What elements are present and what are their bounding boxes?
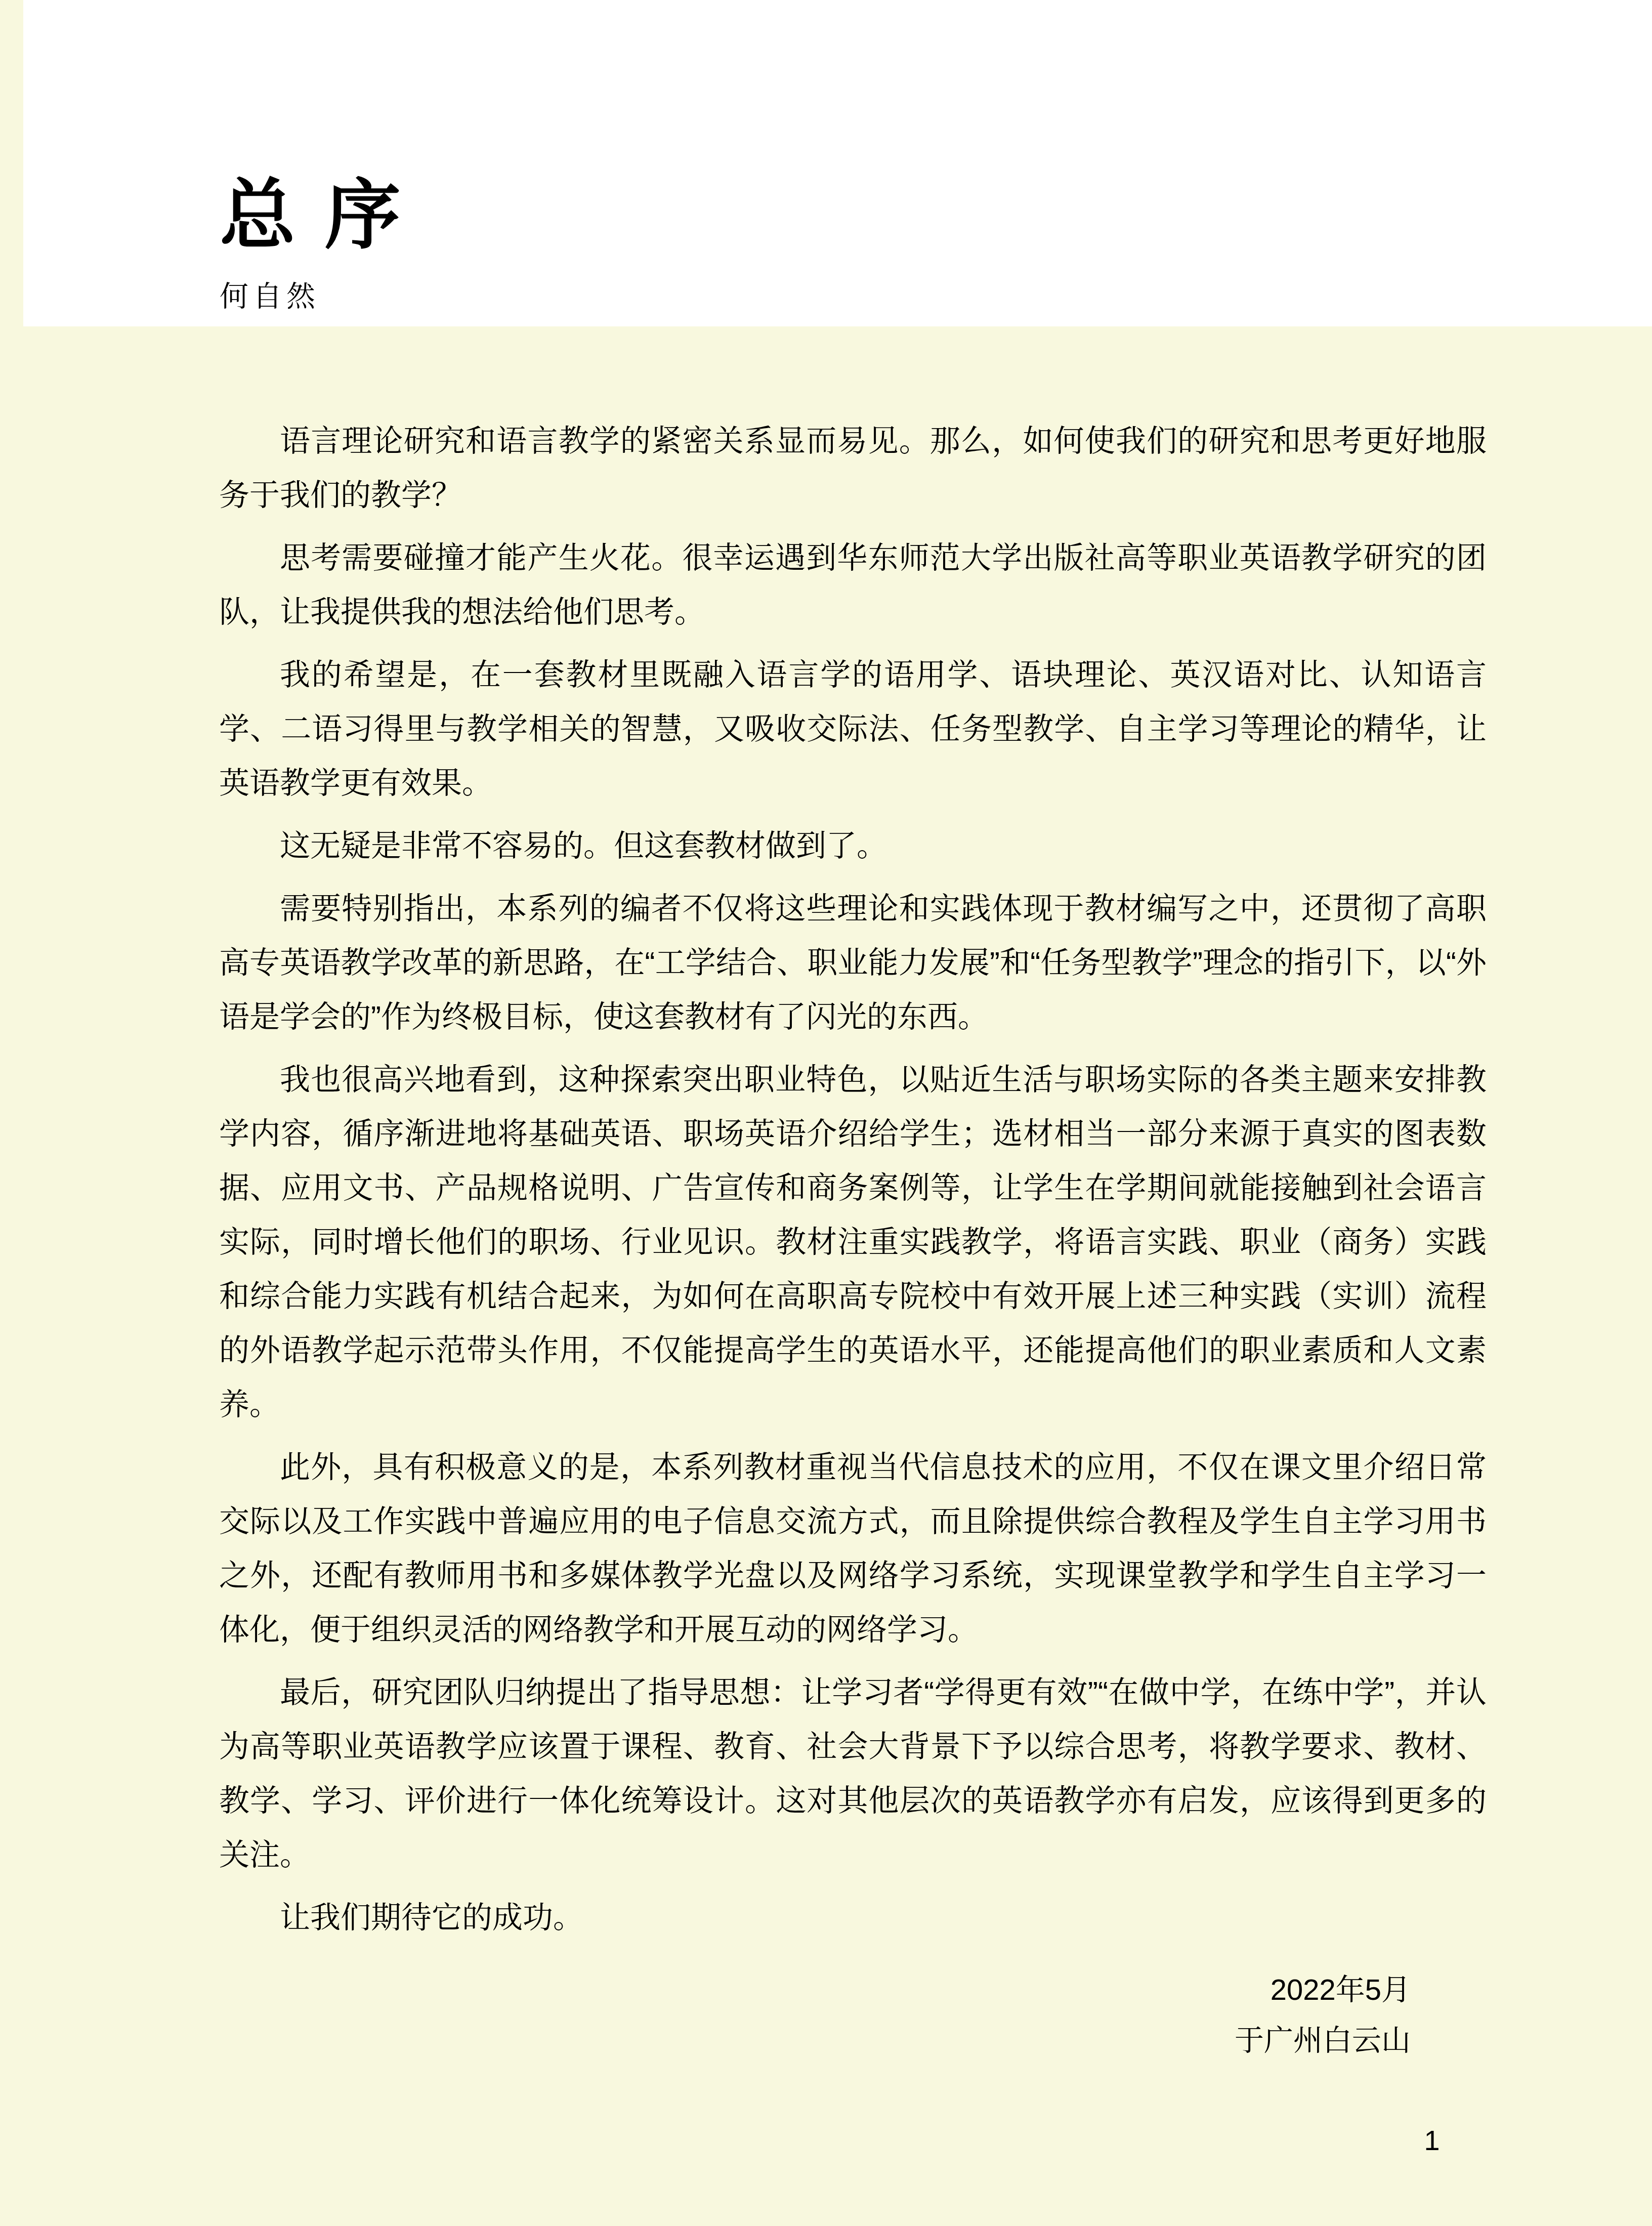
paragraph: 思考需要碰撞才能产生火花。很幸运遇到华东师范大学出版社高等职业英语教学研究的团队… [219,531,1487,639]
paragraph: 此外，具有积极意义的是，本系列教材重视当代信息技术的应用，不仅在课文里介绍日常交… [219,1440,1487,1657]
paragraph: 最后，研究团队归纳提出了指导思想：让学习者“学得更有效”“在做中学，在练中学”，… [219,1665,1487,1882]
paragraph: 我也很高兴地看到，这种探索突出职业特色，以贴近生活与职场实际的各类主题来安排教学… [219,1053,1487,1432]
signature-block: 2022年5月 于广州白云山 [219,1965,1487,2066]
page-number: 1 [1407,2126,1457,2155]
paragraph: 语言理论研究和语言教学的紧密关系显而易见。那么，如何使我们的研究和思考更好地服务… [219,414,1487,522]
title-band: 总 序 何自然 [23,0,1652,326]
signature-date: 2022年5月 [219,1965,1411,2015]
paragraph: 这无疑是非常不容易的。但这套教材做到了。 [219,819,1487,873]
paragraph: 让我们期待它的成功。 [219,1891,1487,1945]
author-name: 何自然 [220,279,320,314]
paragraph: 我的希望是，在一套教材里既融入语言学的语用学、语块理论、英汉语对比、认知语言学、… [219,648,1487,810]
page-title: 总 序 [220,175,405,256]
book-page: 总 序 何自然 语言理论研究和语言教学的紧密关系显而易见。那么，如何使我们的研究… [0,0,1652,2226]
signature-place: 于广州白云山 [219,2015,1411,2066]
preface-body: 语言理论研究和语言教学的紧密关系显而易见。那么，如何使我们的研究和思考更好地服务… [219,414,1487,2066]
paragraph: 需要特别指出，本系列的编者不仅将这些理论和实践体现于教材编写之中，还贯彻了高职高… [219,881,1487,1044]
